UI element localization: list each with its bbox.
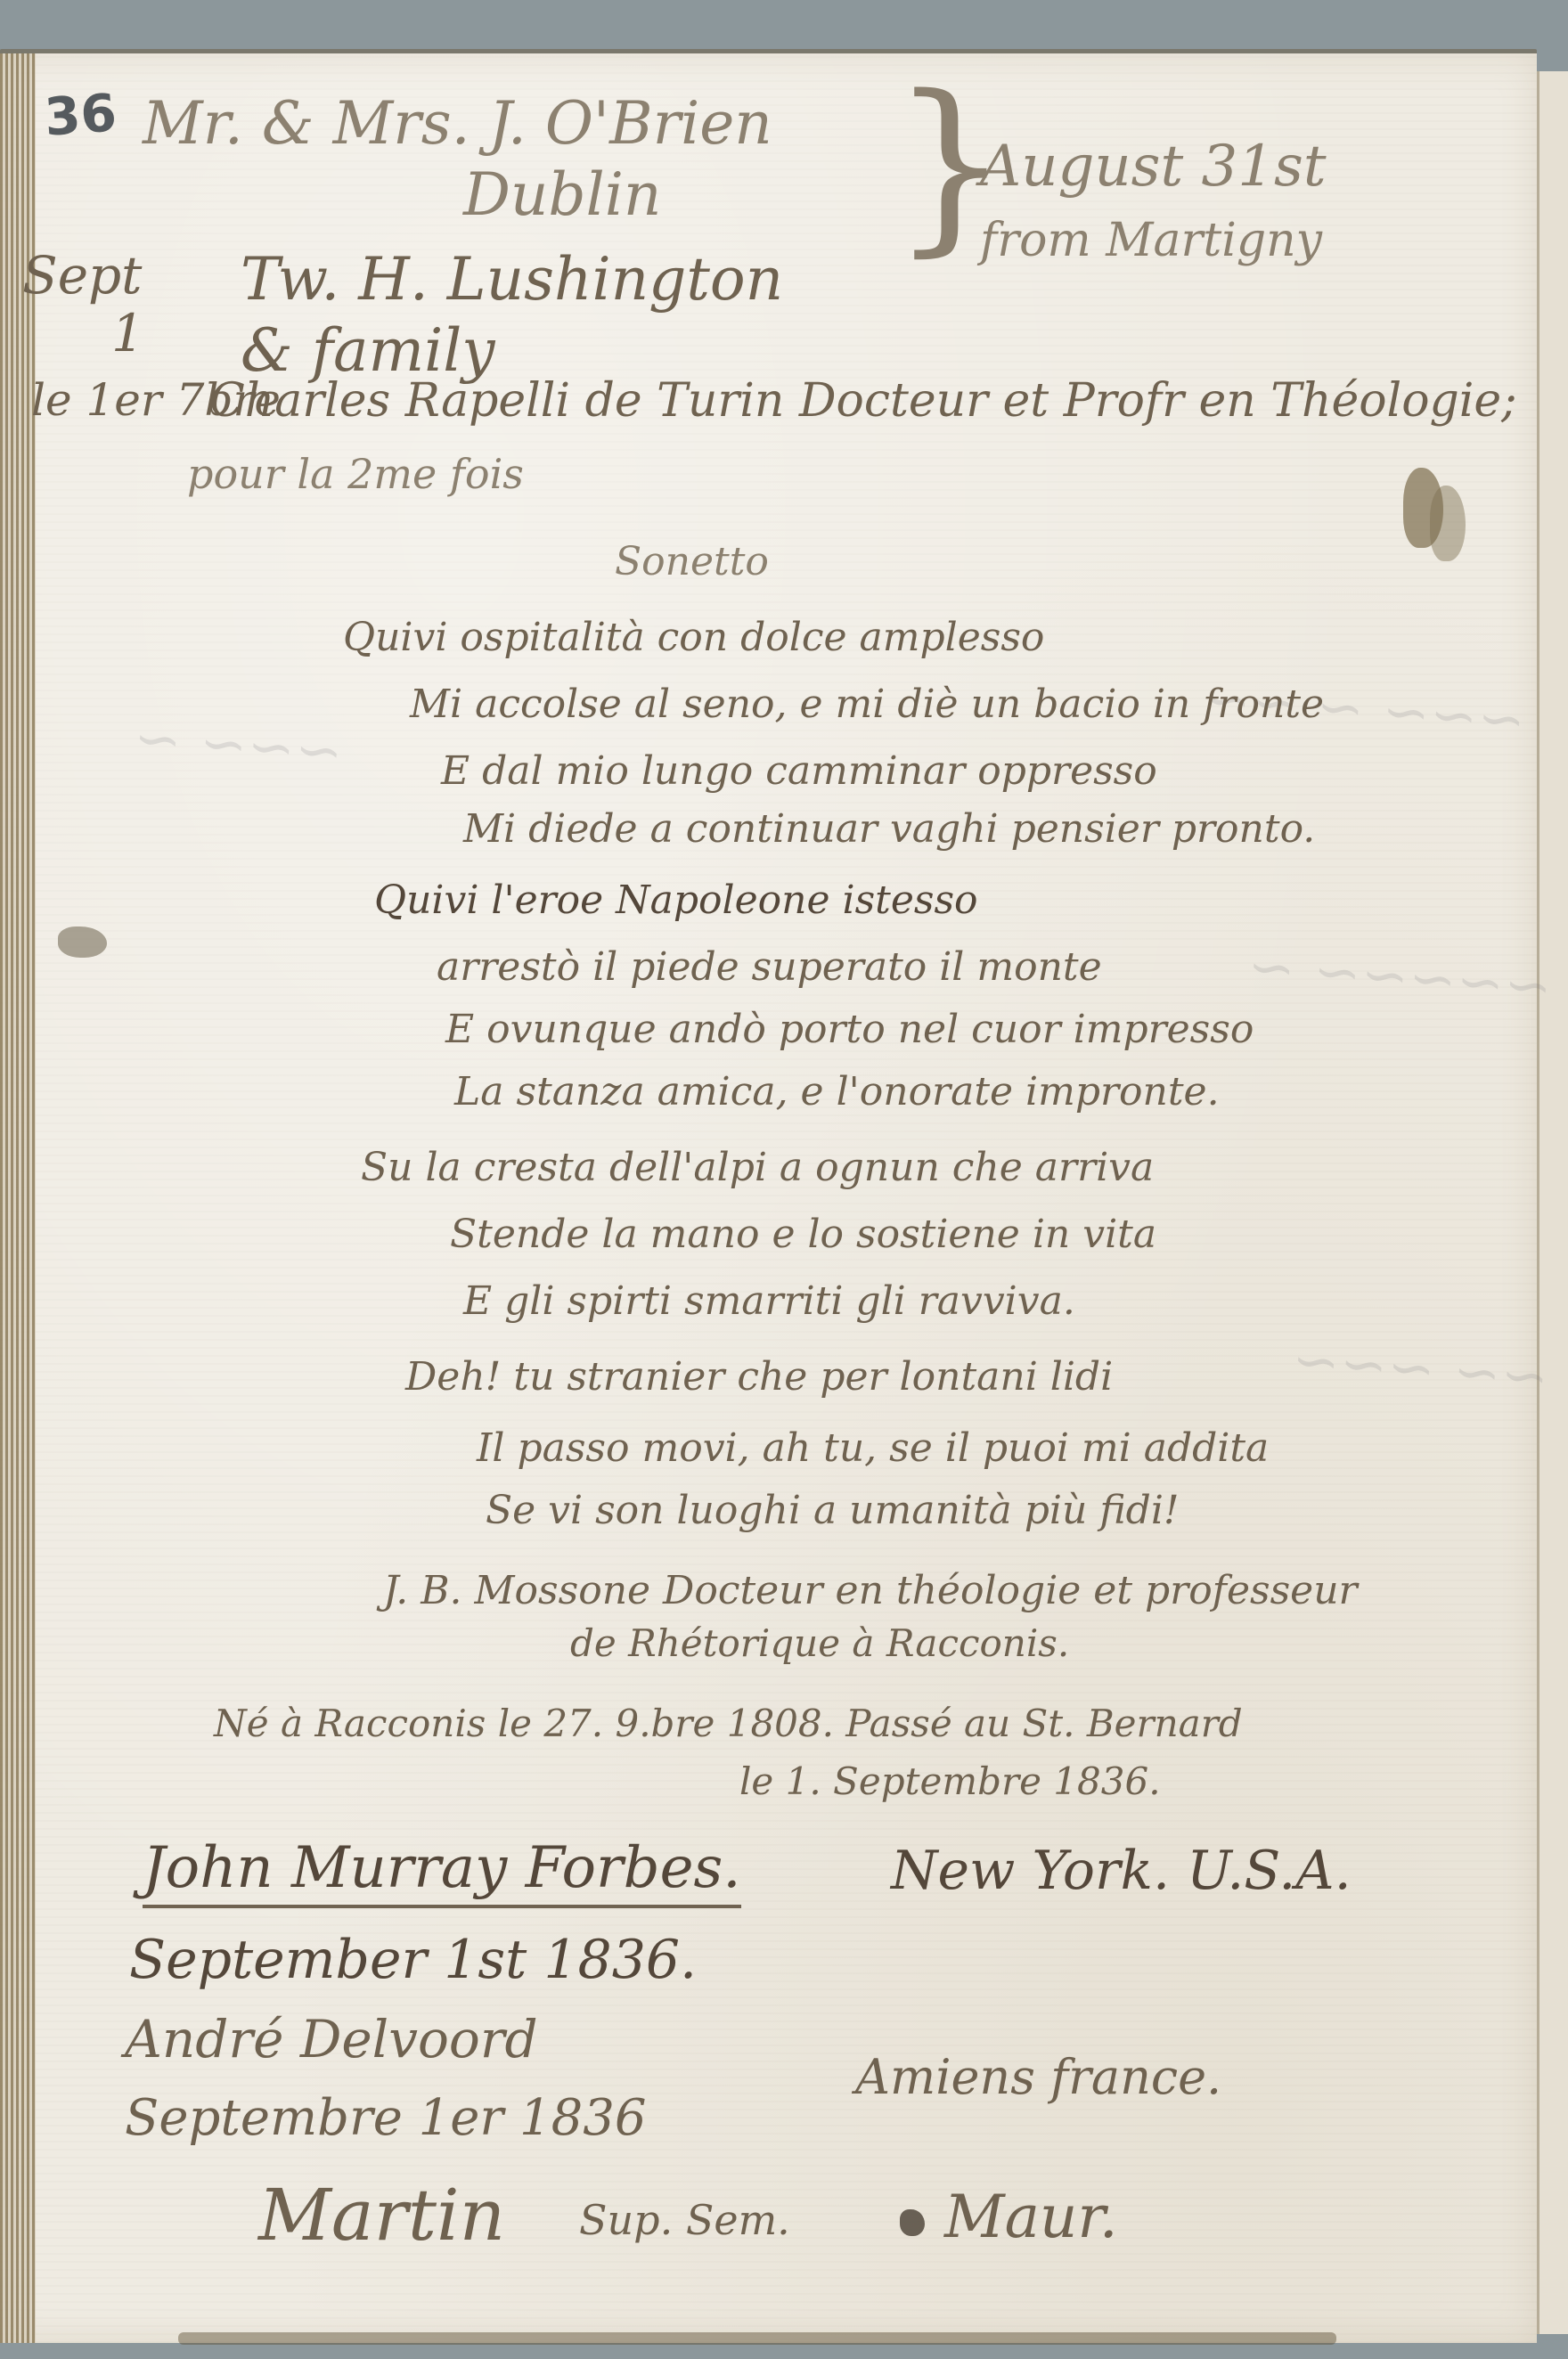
- sonnet-line: Stende la mano e lo sostiene in vita: [450, 1212, 1156, 1257]
- margin-day: 1: [111, 303, 144, 363]
- sonnet-title: Sonetto: [615, 539, 769, 584]
- entry-city: Dublin: [463, 160, 661, 229]
- sonnet-line: E ovunque andò porto nel cuor impresso: [445, 1007, 1254, 1052]
- sonnet-line: E gli spirti smarriti gli ravviva.: [463, 1278, 1075, 1324]
- entry-date: August 31st: [980, 134, 1327, 200]
- signature-place: Amiens france.: [855, 2049, 1221, 2105]
- ink-blot: [58, 926, 107, 958]
- sonnet-line: Mi diede a continuar vaghi pensier pront…: [463, 806, 1315, 852]
- sonnet-line: Quivi l'eroe Napoleone istesso: [374, 877, 978, 923]
- sonnet-line: E dal mio lungo camminar oppresso: [441, 748, 1157, 794]
- entry-line: pour la 2me fois: [187, 450, 524, 498]
- entry-origin: from Martigny: [980, 214, 1322, 267]
- signature-title: Sup. Sem.: [579, 2196, 790, 2244]
- entry-line: Charles Rapelli de Turin Docteur et Prof…: [209, 374, 1517, 428]
- sonnet-line: Se vi son luoghi a umanità più fidi!: [486, 1488, 1180, 1533]
- margin-date: Sept: [22, 245, 143, 306]
- sonnet-signature: J. B. Mossone Docteur en théologie et pr…: [383, 1568, 1358, 1613]
- sonnet-line: Deh! tu stranier che per lontani lidi: [405, 1354, 1113, 1400]
- signature-place: New York. U.S.A.: [891, 1840, 1352, 1902]
- ink-blot: [900, 2209, 925, 2236]
- sonnet-line: Quivi ospitalità con dolce amplesso: [343, 615, 1044, 660]
- sonnet-note: le 1. Septembre 1836.: [739, 1759, 1161, 1803]
- page-number: 36: [43, 82, 118, 147]
- sonnet-signature: de Rhétorique à Racconis.: [570, 1621, 1069, 1665]
- sonnet-line: arrestò il piede superato il monte: [437, 944, 1102, 990]
- signature-date: Septembre 1er 1836: [125, 2089, 647, 2147]
- ink-stain: [1430, 486, 1466, 561]
- sonnet-line: Il passo movi, ah tu, se il puoi mi addi…: [477, 1425, 1269, 1471]
- sonnet-line: La stanza amica, e l'onorate impronte.: [454, 1069, 1220, 1114]
- sonnet-line: Su la cresta dell'alpi a ognun che arriv…: [361, 1145, 1154, 1190]
- entry-name: Mr. & Mrs. J. O'Brien: [143, 89, 772, 158]
- signature-date: September 1st 1836.: [129, 1929, 697, 1991]
- binding-edge: [0, 53, 36, 2343]
- signature-name: John Murray Forbes.: [143, 1835, 741, 1908]
- signature-place: Maur.: [944, 2183, 1118, 2251]
- signature-name: Martin: [258, 2174, 505, 2257]
- sonnet-note: Né à Racconis le 27. 9.bre 1808. Passé a…: [214, 1702, 1243, 1745]
- sonnet-line: Mi accolse al seno, e mi diè un bacio in…: [410, 682, 1324, 727]
- entry-name: Tw. H. Lushington: [241, 245, 783, 314]
- next-page-edge: [1537, 71, 1568, 2334]
- page-bottom-edge: [178, 2332, 1336, 2345]
- signature-name: André Delvoord: [125, 2009, 538, 2069]
